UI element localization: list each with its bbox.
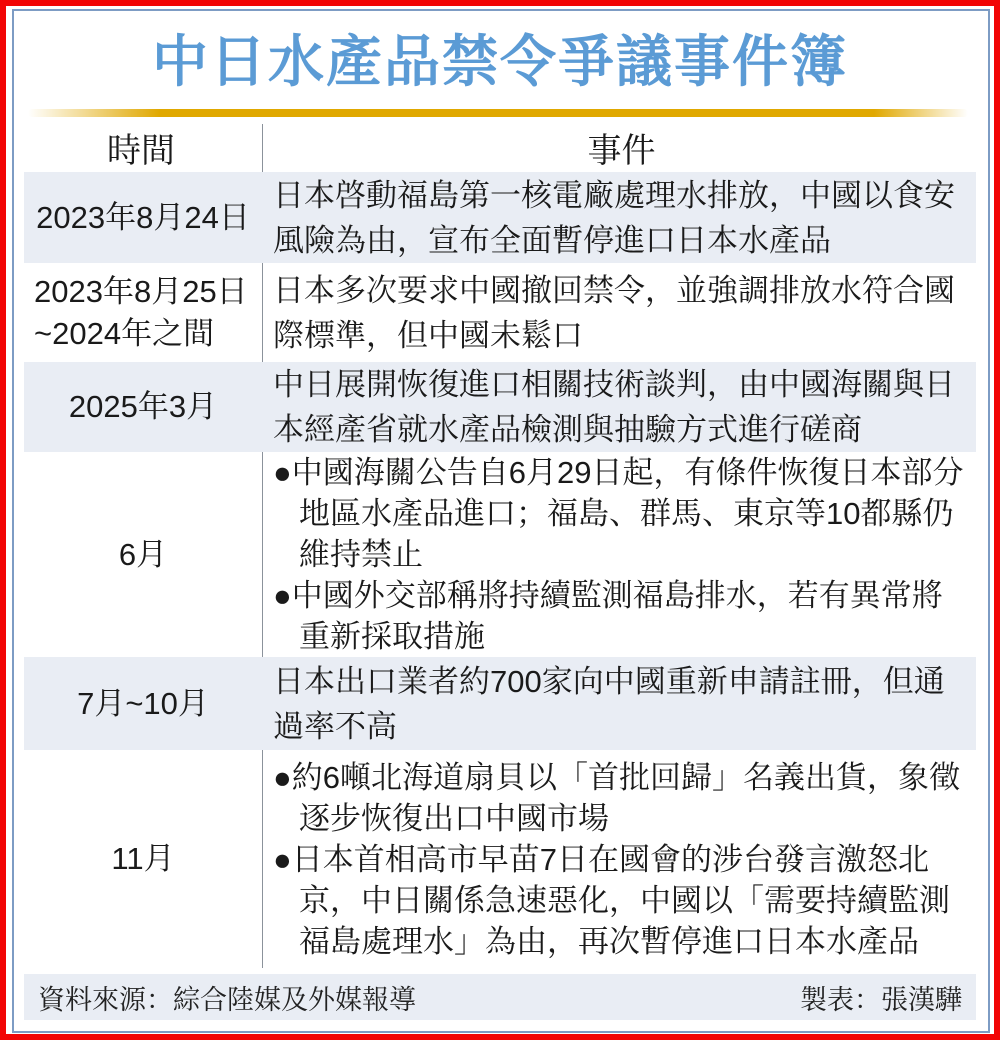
bullet-text: 日本首相高市早苗7日在國會的涉台發言激怒北京，中日關係急速惡化，中國以「需要持續…	[292, 842, 950, 959]
time-cell: 2023年8月24日	[24, 172, 262, 263]
event-text: 日本出口業者約700家向中國重新申請註冊，但通過率不高	[273, 659, 968, 749]
event-cell: ●中國海關公告自6月29日起，有條件恢復日本部分地區水產品進口；福島、群馬、東京…	[262, 452, 976, 657]
table-row: 6月 ●中國海關公告自6月29日起，有條件恢復日本部分地區水產品進口；福島、群馬…	[24, 452, 976, 657]
table-row: 11月 ●約6噸北海道扇貝以「首批回歸」名義出貨，象徵逐步恢復出口中國市場 ●日…	[24, 750, 976, 968]
bullet-list-item: ●約6噸北海道扇貝以「首批回歸」名義出貨，象徵逐步恢復出口中國市場	[273, 757, 968, 839]
column-header-time: 時間	[20, 122, 262, 172]
bullet-list-item: ●中國外交部稱將持續監測福島排水，若有異常將重新採取措施	[273, 575, 968, 657]
bullet-icon: ●	[273, 455, 292, 490]
bullet-icon: ●	[273, 578, 292, 613]
table-row: 7月~10月 日本出口業者約700家向中國重新申請註冊，但通過率不高	[24, 657, 976, 750]
event-cell: 日本多次要求中國撤回禁令，並強調排放水符合國際標準，但中國未鬆口	[262, 263, 976, 362]
bullet-list-item: ●中國海關公告自6月29日起，有條件恢復日本部分地區水產品進口；福島、群馬、東京…	[273, 452, 968, 575]
bullet-list-item: ●日本首相高市早苗7日在國會的涉台發言激怒北京，中日關係急速惡化，中國以「需要持…	[273, 839, 968, 962]
event-text: 日本多次要求中國撤回禁令，並強調排放水符合國際標準，但中國未鬆口	[273, 268, 968, 358]
table-row: 2023年8月25日 ~2024年之間 日本多次要求中國撤回禁令，並強調排放水符…	[24, 263, 976, 362]
infographic-canvas: 中日水產品禁令爭議事件簿 時間 事件 2023年8月24日 日本啓動福島第一核電…	[0, 0, 1000, 1040]
event-cell: 日本出口業者約700家向中國重新申請註冊，但通過率不高	[262, 657, 976, 750]
event-cell: 日本啓動福島第一核電廠處理水排放，中國以食安風險為由，宣布全面暫停進口日本水產品	[262, 172, 976, 263]
table-row: 2023年8月24日 日本啓動福島第一核電廠處理水排放，中國以食安風險為由，宣布…	[24, 172, 976, 263]
time-cell: 7月~10月	[24, 657, 262, 750]
page-title: 中日水產品禁令爭議事件簿	[0, 24, 1000, 100]
table-row: 2025年3月 中日展開恢復進口相關技術談判，由中國海關與日本經產省就水產品檢測…	[24, 362, 976, 452]
column-header-event: 事件	[263, 122, 980, 172]
time-cell: 2025年3月	[24, 362, 262, 452]
gold-divider-rule	[28, 109, 968, 117]
bullet-icon: ●	[273, 760, 292, 795]
credit-note: 製表：張漢驊	[800, 978, 962, 1017]
time-cell: 2023年8月25日 ~2024年之間	[24, 263, 262, 362]
bullet-text: 中國海關公告自6月29日起，有條件恢復日本部分地區水產品進口；福島、群馬、東京等…	[292, 455, 964, 572]
bullet-text: 約6噸北海道扇貝以「首批回歸」名義出貨，象徵逐步恢復出口中國市場	[292, 760, 960, 836]
event-text: 日本啓動福島第一核電廠處理水排放，中國以食安風險為由，宣布全面暫停進口日本水產品	[273, 173, 968, 263]
time-cell: 6月	[24, 452, 262, 657]
event-text: 中日展開恢復進口相關技術談判，由中國海關與日本經產省就水產品檢測與抽驗方式進行磋…	[273, 362, 968, 452]
event-cell: 中日展開恢復進口相關技術談判，由中國海關與日本經產省就水產品檢測與抽驗方式進行磋…	[262, 362, 976, 452]
event-cell: ●約6噸北海道扇貝以「首批回歸」名義出貨，象徵逐步恢復出口中國市場 ●日本首相高…	[262, 750, 976, 968]
bullet-text: 中國外交部稱將持續監測福島排水，若有異常將重新採取措施	[292, 578, 943, 654]
bullet-icon: ●	[273, 842, 292, 877]
footer-bar: 資料來源：綜合陸媒及外媒報導 製表：張漢驊	[24, 974, 976, 1020]
time-cell: 11月	[24, 750, 262, 968]
source-note: 資料來源：綜合陸媒及外媒報導	[38, 978, 416, 1017]
